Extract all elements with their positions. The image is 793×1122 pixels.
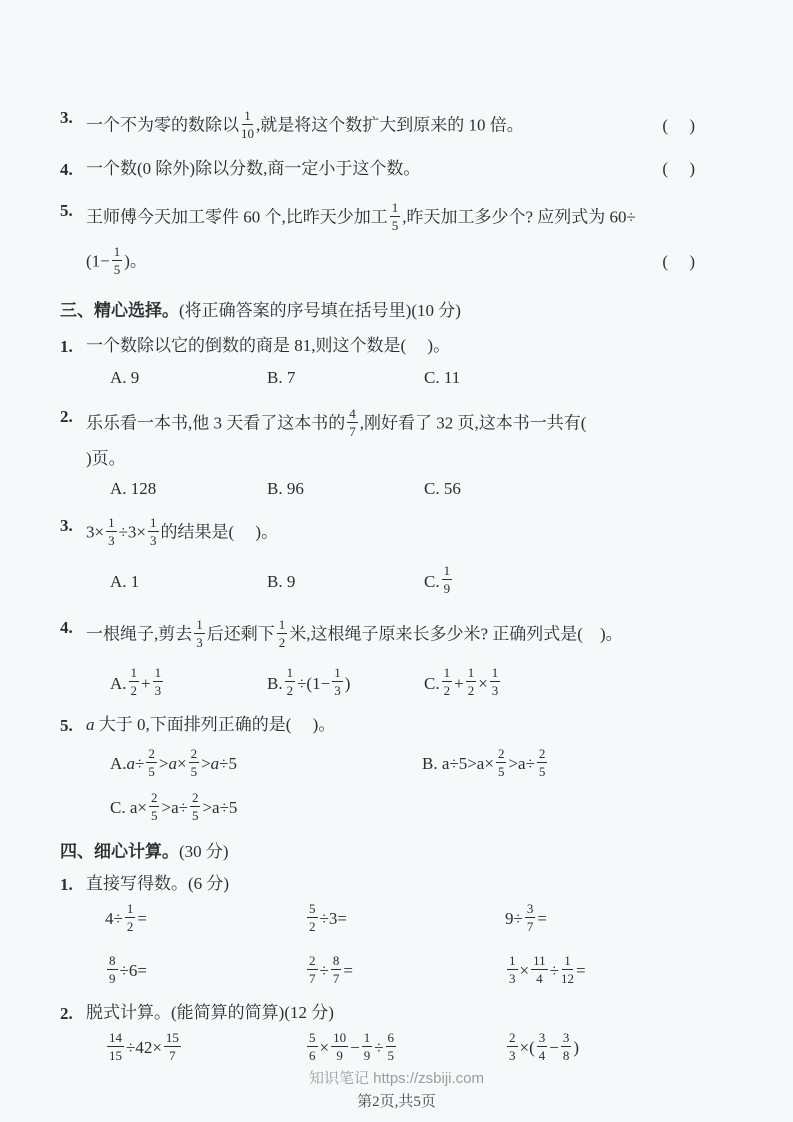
option-b[interactable]: B. 12÷(1−13) — [267, 668, 424, 699]
fraction: 47 — [347, 407, 358, 438]
question-number: 5. — [60, 197, 86, 224]
calc-row-3: 1415÷42×157 56×109−19÷65 23×(34−38) — [60, 1026, 735, 1070]
question-number: 1. — [60, 333, 86, 360]
fraction: 12 — [442, 666, 453, 697]
section-subtitle: (30 分) — [179, 842, 229, 861]
question-number: 2. — [60, 1000, 86, 1027]
option-a[interactable]: A. 128 — [110, 477, 267, 502]
fraction: 15 — [390, 201, 401, 232]
calc-expression[interactable]: 9÷37= — [505, 904, 735, 935]
truefalse-item-5-line2: (1−15)。 ( ) — [60, 241, 735, 285]
fraction: 13 — [106, 516, 117, 547]
fraction: 25 — [149, 791, 160, 822]
fraction: 13 — [507, 954, 518, 985]
question-text: 一个不为零的数除以110,就是将这个数扩大到原来的 10 倍。 — [86, 111, 654, 142]
question-text: 王师傅今天加工零件 60 个,比昨天少加工15,昨天加工多少个? 应列式为 60… — [86, 203, 735, 234]
fraction: 27 — [307, 954, 318, 985]
option-b[interactable]: B. 96 — [267, 477, 424, 502]
question-text-continued: (1−15)。 — [86, 247, 654, 278]
calc-expression[interactable]: 27÷87= — [305, 956, 505, 987]
calc-sub2-heading: 2. 脱式计算。(能简算的简算)(12 分) — [60, 1000, 735, 1027]
choice-q2-options: A. 128 B. 96 C. 56 — [60, 477, 735, 502]
fraction: 12 — [277, 618, 288, 649]
fraction: 112 — [561, 954, 574, 985]
worksheet-page: 3. 一个不为零的数除以110,就是将这个数扩大到原来的 10 倍。 ( ) 4… — [0, 0, 793, 1122]
option-b[interactable]: B. 7 — [267, 366, 424, 391]
fraction: 23 — [507, 1031, 518, 1062]
choice-q5: 5. a 大于 0,下面排列正确的是( )。 — [60, 712, 735, 739]
choice-q3-options: A. 1 B. 9 C. 19 — [60, 560, 735, 604]
question-number: 3. — [60, 512, 86, 539]
fraction: 25 — [537, 747, 548, 778]
option-a[interactable]: A. 12+13 — [110, 668, 267, 699]
calc-expression[interactable]: 23×(34−38) — [505, 1033, 735, 1064]
page-footer: 知识笔记 https://zsbiji.com 第2页,共5页 — [0, 1068, 793, 1122]
fraction: 1415 — [107, 1031, 124, 1062]
calc-expression[interactable]: 1415÷42×157 — [105, 1033, 305, 1064]
calc-expression[interactable]: 52÷3= — [305, 904, 505, 935]
subsection-label: 脱式计算。(能简算的简算)(12 分) — [86, 1001, 735, 1026]
option-a[interactable]: A. a÷25>a×25>a÷5 — [110, 749, 422, 780]
fraction: 13 — [194, 618, 205, 649]
question-text: 一个数(0 除外)除以分数,商一定小于这个数。 — [86, 157, 654, 182]
option-c[interactable]: C. 12+12×13 — [424, 668, 735, 699]
question-number: 1. — [60, 871, 86, 898]
fraction: 38 — [561, 1031, 572, 1062]
fraction: 110 — [241, 109, 254, 140]
fraction: 15 — [112, 245, 123, 276]
choice-q2: 2. 乐乐看一本书,他 3 天看了这本书的47,刚好看了 32 页,这本书一共有… — [60, 403, 735, 447]
fraction: 52 — [307, 902, 318, 933]
fraction: 89 — [107, 954, 118, 985]
section-title: 四、细心计算。 — [60, 842, 179, 861]
fraction: 56 — [307, 1031, 318, 1062]
fraction: 34 — [537, 1031, 548, 1062]
choice-q3: 3. 3×13÷3×13的结果是( )。 — [60, 512, 735, 556]
truefalse-item-5: 5. 王师傅今天加工零件 60 个,比昨天少加工15,昨天加工多少个? 应列式为… — [60, 197, 735, 241]
choice-q5-options-row1: A. a÷25>a×25>a÷5 B. a÷5>a×25>a÷25 — [60, 742, 735, 786]
choice-q4: 4. 一根绳子,剪去13后还剩下12米,这根绳子原来长多少米? 正确列式是( )… — [60, 614, 735, 658]
option-b[interactable]: B. 9 — [267, 570, 424, 595]
option-c[interactable]: C. 19 — [424, 566, 735, 597]
section-subtitle: (将正确答案的序号填在括号里)(10 分) — [179, 301, 461, 320]
question-text: 一个数除以它的倒数的商是 81,则这个数是( )。 — [86, 334, 735, 359]
calc-section-heading: 四、细心计算。(30 分) — [60, 840, 735, 865]
calc-row-1: 4÷12= 52÷3= 9÷37= — [60, 898, 735, 942]
question-number: 2. — [60, 403, 86, 430]
question-text: 3×13÷3×13的结果是( )。 — [86, 518, 735, 549]
fraction: 25 — [146, 747, 157, 778]
truefalse-item-3: 3. 一个不为零的数除以110,就是将这个数扩大到原来的 10 倍。 ( ) — [60, 104, 735, 148]
section-title: 三、精心选择。 — [60, 301, 179, 320]
question-text-continued: )页。 — [86, 447, 735, 472]
truefalse-item-4: 4. 一个数(0 除外)除以分数,商一定小于这个数。 ( ) — [60, 156, 735, 183]
question-number: 5. — [60, 712, 86, 739]
calc-expression[interactable]: 89÷6= — [105, 956, 305, 987]
fraction: 19 — [442, 564, 453, 595]
choice-q4-options: A. 12+13 B. 12÷(1−13) C. 12+12×13 — [60, 662, 735, 706]
calc-sub1-heading: 1. 直接写得数。(6 分) — [60, 871, 735, 898]
calc-expression[interactable]: 13×114÷112= — [505, 956, 735, 987]
fraction: 25 — [189, 747, 200, 778]
fraction: 65 — [386, 1031, 397, 1062]
choice-q2-line2: )页。 — [60, 447, 735, 472]
site-watermark: 知识笔记 https://zsbiji.com — [0, 1068, 793, 1090]
calc-row-2: 89÷6= 27÷87= 13×114÷112= — [60, 950, 735, 994]
fraction: 12 — [466, 666, 477, 697]
fraction: 25 — [190, 791, 201, 822]
fraction: 109 — [331, 1031, 348, 1062]
fraction: 13 — [490, 666, 501, 697]
option-c[interactable]: C. 56 — [424, 477, 735, 502]
option-c[interactable]: C. 11 — [424, 366, 735, 391]
fraction: 12 — [129, 666, 140, 697]
calc-section: 四、细心计算。(30 分) 1. 直接写得数。(6 分) 4÷12= 52÷3=… — [60, 840, 735, 1070]
choice-section-heading: 三、精心选择。(将正确答案的序号填在括号里)(10 分) — [60, 299, 735, 324]
answer-bracket[interactable]: ( ) — [662, 114, 695, 139]
choice-q1: 1. 一个数除以它的倒数的商是 81,则这个数是( )。 — [60, 333, 735, 360]
fraction: 12 — [285, 666, 296, 697]
question-number: 4. — [60, 156, 86, 183]
subsection-label: 直接写得数。(6 分) — [86, 872, 735, 897]
question-number: 4. — [60, 614, 86, 641]
truefalse-section: 3. 一个不为零的数除以110,就是将这个数扩大到原来的 10 倍。 ( ) 4… — [60, 104, 735, 285]
fraction: 13 — [153, 666, 164, 697]
option-c[interactable]: C. a×25>a÷25>a÷5 — [110, 793, 735, 824]
calc-expression[interactable]: 4÷12= — [105, 904, 305, 935]
fraction: 87 — [331, 954, 342, 985]
option-a[interactable]: A. 9 — [110, 366, 267, 391]
question-number: 3. — [60, 104, 86, 131]
page-number: 第2页,共5页 — [0, 1092, 793, 1114]
fraction: 157 — [164, 1031, 181, 1062]
fraction: 37 — [525, 902, 536, 933]
choice-q1-options: A. 9 B. 7 C. 11 — [60, 366, 735, 391]
choice-section: 三、精心选择。(将正确答案的序号填在括号里)(10 分) 1. 一个数除以它的倒… — [60, 299, 735, 831]
calc-expression[interactable]: 56×109−19÷65 — [305, 1033, 505, 1064]
choice-q5-options-row2: C. a×25>a÷25>a÷5 — [60, 786, 735, 830]
fraction: 114 — [531, 954, 548, 985]
option-b[interactable]: B. a÷5>a×25>a÷25 — [422, 749, 735, 780]
fraction: 13 — [332, 666, 343, 697]
fraction: 12 — [125, 902, 136, 933]
option-a[interactable]: A. 1 — [110, 570, 267, 595]
fraction: 25 — [496, 747, 507, 778]
fraction: 19 — [362, 1031, 373, 1062]
question-text: a 大于 0,下面排列正确的是( )。 — [86, 713, 735, 738]
answer-bracket[interactable]: ( ) — [662, 250, 695, 275]
question-text: 一根绳子,剪去13后还剩下12米,这根绳子原来长多少米? 正确列式是( )。 — [86, 620, 735, 651]
question-text: 乐乐看一本书,他 3 天看了这本书的47,刚好看了 32 页,这本书一共有( — [86, 409, 735, 440]
fraction: 13 — [148, 516, 159, 547]
answer-bracket[interactable]: ( ) — [662, 157, 695, 182]
